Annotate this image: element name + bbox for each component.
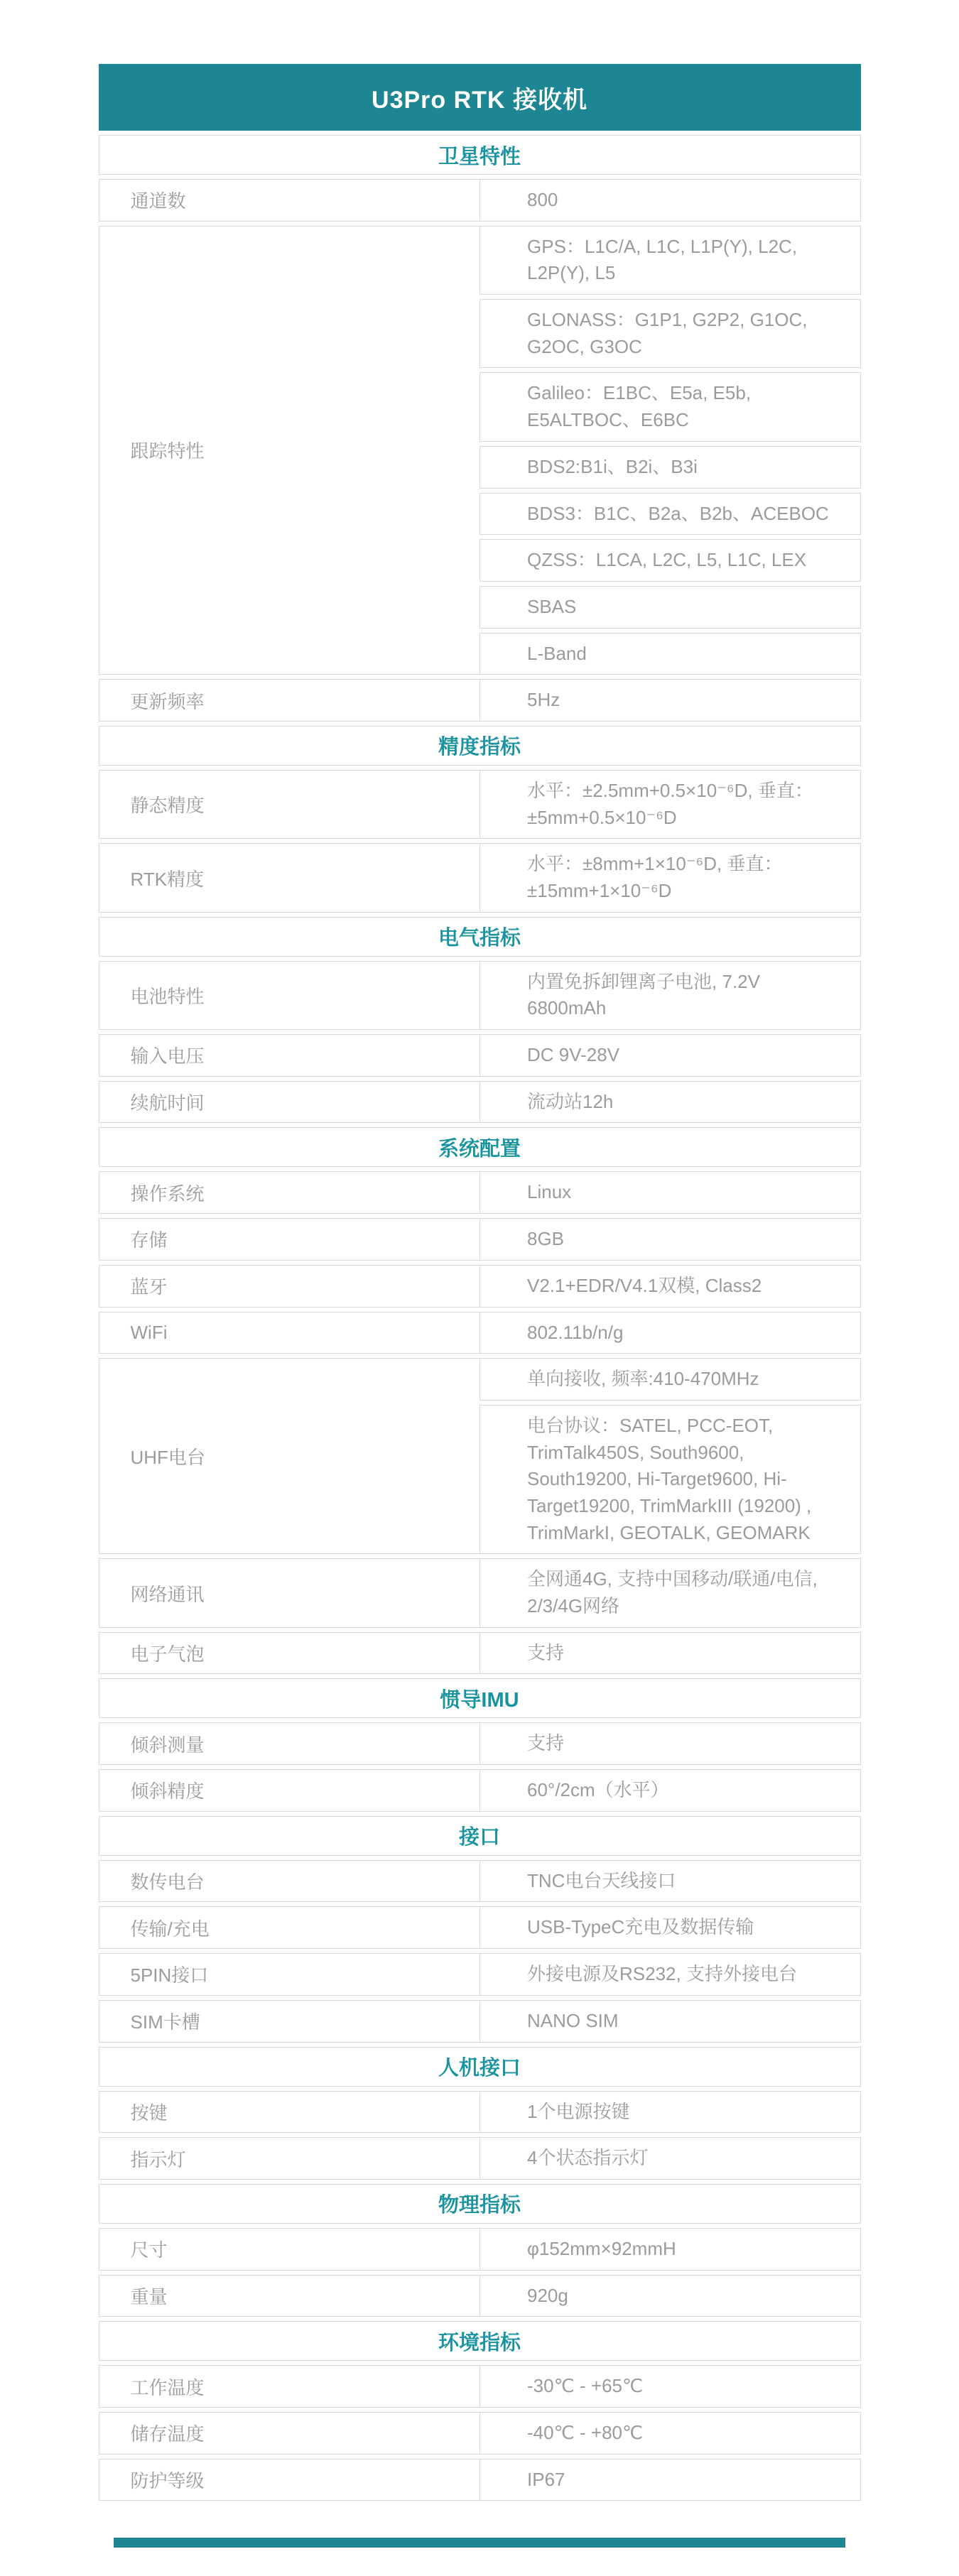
spec-value: 920g [479, 2275, 861, 2317]
spec-value: φ152mm×92mmH [479, 2228, 861, 2271]
spec-row: 续航时间流动站12h [99, 1081, 861, 1124]
spec-sheet: U3Pro RTK 接收机 卫星特性通道数800跟踪特性GPS：L1C/A, L… [99, 64, 861, 2505]
spec-row: 防护等级IP67 [99, 2459, 861, 2501]
spec-value: 60°/2cm（水平） [479, 1769, 861, 1812]
spec-value: DC 9V-28V [479, 1034, 861, 1077]
section-row: 电气指标 [99, 917, 861, 957]
spec-label: 重量 [99, 2275, 480, 2317]
spec-label: 工作温度 [99, 2365, 480, 2408]
spec-table: 卫星特性通道数800跟踪特性GPS：L1C/A, L1C, L1P(Y), L2… [99, 131, 861, 2505]
section-heading: 电气指标 [99, 917, 861, 957]
section-row: 物理指标 [99, 2184, 861, 2224]
section-heading: 人机接口 [99, 2047, 861, 2087]
spec-value: 流动站12h [479, 1081, 861, 1124]
spec-label: 更新频率 [99, 679, 480, 722]
section-heading: 接口 [99, 1816, 861, 1856]
footer-bar [114, 2538, 845, 2548]
spec-value: 外接电源及RS232, 支持外接电台 [479, 1953, 861, 1996]
spec-label: 操作系统 [99, 1171, 480, 1214]
spec-label: 倾斜精度 [99, 1769, 480, 1812]
spec-label: RTK精度 [99, 843, 480, 912]
spec-row: 倾斜测量支持 [99, 1722, 861, 1765]
section-row: 系统配置 [99, 1127, 861, 1167]
spec-row: 按键1个电源按键 [99, 2091, 861, 2134]
spec-label: 数传电台 [99, 1860, 480, 1903]
spec-label: 5PIN接口 [99, 1953, 480, 1996]
spec-label: 电池特性 [99, 961, 480, 1030]
spec-value: BDS3：B1C、B2a、B2b、ACEBOC [479, 493, 861, 536]
spec-value: 支持 [479, 1722, 861, 1765]
section-heading: 系统配置 [99, 1127, 861, 1167]
spec-label: 储存温度 [99, 2412, 480, 2455]
spec-label: 蓝牙 [99, 1265, 480, 1308]
spec-row: SIM卡槽NANO SIM [99, 2000, 861, 2043]
section-heading: 环境指标 [99, 2321, 861, 2361]
spec-row: 网络通讯全网通4G, 支持中国移动/联通/电信, 2/3/4G网络 [99, 1558, 861, 1627]
spec-label: 续航时间 [99, 1081, 480, 1124]
spec-row: 输入电压DC 9V-28V [99, 1034, 861, 1077]
spec-label: 传输/充电 [99, 1906, 480, 1949]
spec-value: 5Hz [479, 679, 861, 722]
spec-row: 通道数800 [99, 179, 861, 222]
spec-row: 电子气泡支持 [99, 1632, 861, 1675]
spec-label: 指示灯 [99, 2137, 480, 2180]
spec-table-body: 卫星特性通道数800跟踪特性GPS：L1C/A, L1C, L1P(Y), L2… [99, 135, 861, 2501]
spec-label: 网络通讯 [99, 1558, 480, 1627]
spec-value: TNC电台天线接口 [479, 1860, 861, 1903]
spec-label: 防护等级 [99, 2459, 480, 2501]
section-heading: 卫星特性 [99, 135, 861, 175]
spec-value: 支持 [479, 1632, 861, 1675]
page-title: U3Pro RTK 接收机 [372, 80, 587, 115]
spec-label: 跟踪特性 [99, 226, 480, 675]
spec-row: 传输/充电USB-TypeC充电及数据传输 [99, 1906, 861, 1949]
spec-label: WiFi [99, 1312, 480, 1354]
spec-label: 输入电压 [99, 1034, 480, 1077]
spec-value: QZSS：L1CA, L2C, L5, L1C, LEX [479, 539, 861, 582]
spec-value: 水平：±8mm+1×10⁻⁶D, 垂直：±15mm+1×10⁻⁶D [479, 843, 861, 912]
spec-row: UHF电台单向接收, 频率:410-470MHz [99, 1358, 861, 1401]
spec-row: 尺寸φ152mm×92mmH [99, 2228, 861, 2271]
section-row: 人机接口 [99, 2047, 861, 2087]
spec-row: 蓝牙V2.1+EDR/V4.1双模, Class2 [99, 1265, 861, 1308]
spec-value: 1个电源按键 [479, 2091, 861, 2134]
section-heading: 惯导IMU [99, 1678, 861, 1718]
spec-label: UHF电台 [99, 1358, 480, 1554]
spec-value: 单向接收, 频率:410-470MHz [479, 1358, 861, 1401]
spec-row: WiFi802.11b/n/g [99, 1312, 861, 1354]
spec-label: 存储 [99, 1218, 480, 1261]
spec-row: 电池特性内置免拆卸锂离子电池, 7.2V 6800mAh [99, 961, 861, 1030]
spec-value: -40℃ - +80℃ [479, 2412, 861, 2455]
spec-value: 4个状态指示灯 [479, 2137, 861, 2180]
spec-label: 通道数 [99, 179, 480, 222]
spec-label: 按键 [99, 2091, 480, 2134]
spec-row: 倾斜精度60°/2cm（水平） [99, 1769, 861, 1812]
section-row: 精度指标 [99, 726, 861, 766]
title-bar: U3Pro RTK 接收机 [99, 64, 861, 131]
spec-value: 内置免拆卸锂离子电池, 7.2V 6800mAh [479, 961, 861, 1030]
spec-value: 8GB [479, 1218, 861, 1261]
spec-value: 电台协议：SATEL, PCC-EOT, TrimTalk450S, South… [479, 1405, 861, 1554]
spec-value: 800 [479, 179, 861, 222]
section-row: 接口 [99, 1816, 861, 1856]
spec-row: 储存温度-40℃ - +80℃ [99, 2412, 861, 2455]
spec-row: 存储8GB [99, 1218, 861, 1261]
spec-value: BDS2:B1i、B2i、B3i [479, 446, 861, 489]
spec-value: 802.11b/n/g [479, 1312, 861, 1354]
spec-value: -30℃ - +65℃ [479, 2365, 861, 2408]
section-heading: 精度指标 [99, 726, 861, 766]
spec-row: 工作温度-30℃ - +65℃ [99, 2365, 861, 2408]
spec-value: Linux [479, 1171, 861, 1214]
spec-label: SIM卡槽 [99, 2000, 480, 2043]
spec-value: IP67 [479, 2459, 861, 2501]
spec-row: 数传电台TNC电台天线接口 [99, 1860, 861, 1903]
spec-label: 倾斜测量 [99, 1722, 480, 1765]
spec-row: 静态精度水平：±2.5mm+0.5×10⁻⁶D, 垂直：±5mm+0.5×10⁻… [99, 770, 861, 839]
spec-row: 更新频率5Hz [99, 679, 861, 722]
spec-value: GLONASS：G1P1, G2P2, G1OC, G2OC, G3OC [479, 299, 861, 368]
spec-row: 操作系统Linux [99, 1171, 861, 1214]
spec-label: 电子气泡 [99, 1632, 480, 1675]
spec-row: RTK精度水平：±8mm+1×10⁻⁶D, 垂直：±15mm+1×10⁻⁶D [99, 843, 861, 912]
spec-value: USB-TypeC充电及数据传输 [479, 1906, 861, 1949]
spec-value: NANO SIM [479, 2000, 861, 2043]
spec-row: 重量920g [99, 2275, 861, 2317]
spec-value: Galileo：E1BC、E5a, E5b, E5ALTBOC、E6BC [479, 372, 861, 441]
section-row: 环境指标 [99, 2321, 861, 2361]
spec-value: GPS：L1C/A, L1C, L1P(Y), L2C, L2P(Y), L5 [479, 226, 861, 295]
spec-value: 水平：±2.5mm+0.5×10⁻⁶D, 垂直：±5mm+0.5×10⁻⁶D [479, 770, 861, 839]
spec-row: 跟踪特性GPS：L1C/A, L1C, L1P(Y), L2C, L2P(Y),… [99, 226, 861, 295]
section-row: 卫星特性 [99, 135, 861, 175]
section-heading: 物理指标 [99, 2184, 861, 2224]
spec-value: L-Band [479, 633, 861, 675]
spec-row: 5PIN接口外接电源及RS232, 支持外接电台 [99, 1953, 861, 1996]
spec-value: V2.1+EDR/V4.1双模, Class2 [479, 1265, 861, 1308]
spec-label: 尺寸 [99, 2228, 480, 2271]
spec-row: 指示灯4个状态指示灯 [99, 2137, 861, 2180]
spec-value: 全网通4G, 支持中国移动/联通/电信, 2/3/4G网络 [479, 1558, 861, 1627]
spec-label: 静态精度 [99, 770, 480, 839]
spec-value: SBAS [479, 586, 861, 629]
section-row: 惯导IMU [99, 1678, 861, 1718]
